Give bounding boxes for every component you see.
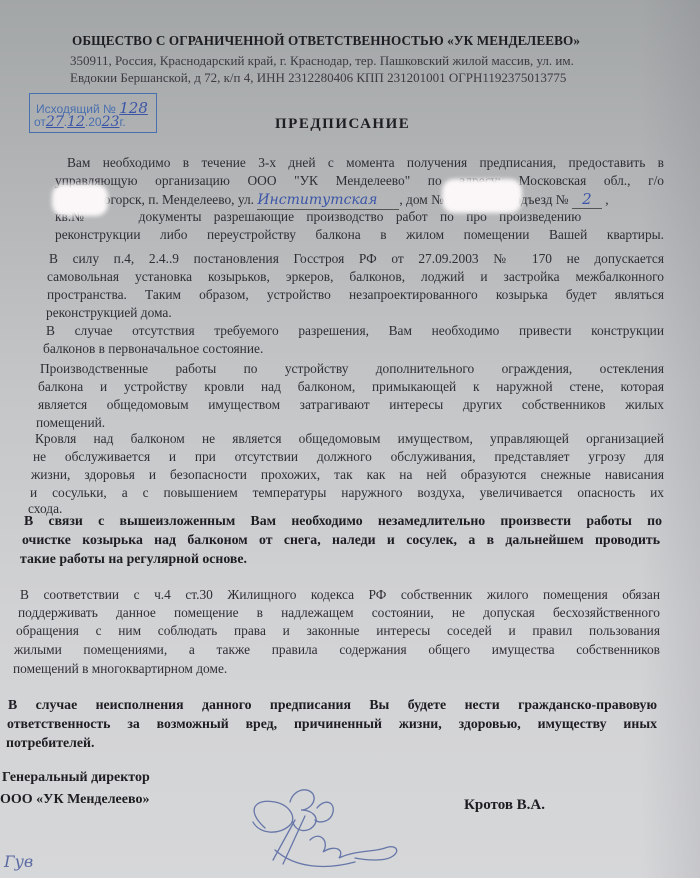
- text-line: реконструкцией дома.: [46, 304, 700, 322]
- signer-position-line1: Генеральный директор: [2, 770, 150, 786]
- text-line: В случае отсутствия требуемого разрешени…: [46, 322, 664, 340]
- text-line: балкона и устройству кровли над балконом…: [38, 378, 664, 396]
- text-line: ответственность за возможный вред, причи…: [7, 715, 657, 733]
- text-line: В соответствии с ч.4 ст.30 Жилищного код…: [20, 586, 660, 604]
- signer-name: Кротов В.А.: [464, 797, 545, 814]
- org-address-line2: Евдокии Бершанской, д 72, к/п 4, ИНН 231…: [70, 70, 566, 86]
- signer-position-line2: ООО «УК Менделеево»: [0, 792, 149, 808]
- outgoing-stamp: Исходящий № 128 от27.12.2023г.: [29, 93, 157, 133]
- outgoing-date-row: от27.12.2023г.: [34, 114, 126, 130]
- org-name: ОБЩЕСТВО С ОГРАНИЧЕННОЙ ОТВЕТСТВЕННОСТЬЮ…: [72, 33, 580, 49]
- text-line: Производственные работы по устройству до…: [40, 360, 664, 378]
- text-line: управляющую организацию ООО "УК Менделее…: [55, 172, 664, 190]
- redacted-area: [442, 179, 522, 213]
- date-prefix: от: [34, 115, 46, 129]
- date-year: 23: [102, 114, 120, 130]
- text-line: жилыми помещениями, а также правила соде…: [14, 641, 660, 659]
- text-line: помещений в многоквартирном доме.: [13, 660, 700, 678]
- text-line: балконов в первоначальное состояние.: [43, 340, 700, 358]
- text-line: В связи с вышеизложенным Вам необходимо …: [24, 512, 662, 530]
- signature-scribble: [235, 780, 415, 875]
- text-line: потребителей.: [6, 734, 700, 752]
- text-line: жизни, здоровья и безопасности прохожих,…: [31, 466, 664, 484]
- text-line: обращения с ним соблюдать права и законн…: [16, 622, 660, 640]
- date-year-end: г.: [119, 115, 125, 129]
- entrance-number-handwritten: 2: [572, 190, 602, 209]
- text-line: не обслуживается и при отсутствии должно…: [33, 448, 664, 466]
- text-line: поддерживать данное помещение в надлежащ…: [18, 604, 660, 622]
- text-line: В случае неисполнения данного предписани…: [8, 696, 657, 714]
- house-number-label: , дом №: [399, 192, 444, 207]
- document-page: ОБЩЕСТВО С ОГРАНИЧЕННОЙ ОТВЕТСТВЕННОСТЬЮ…: [0, 0, 700, 878]
- date-day: 27: [46, 114, 64, 130]
- text-line: является общедомовым имуществом затрагив…: [38, 396, 664, 414]
- text-line: очистке козырька над балконом от снега, …: [22, 531, 660, 549]
- text-line: Кровля над балконом не является общедомо…: [35, 430, 664, 448]
- redacted-area: [52, 184, 108, 216]
- text-line: В силу п.4, 2.4..9 постановления Госстро…: [49, 250, 664, 268]
- date-year-prefix: 20: [88, 115, 101, 129]
- text-line: реконструкции либо переустройству балкон…: [55, 226, 664, 244]
- text-line: пространства. Таким образом, устройство …: [47, 286, 664, 304]
- date-month: 12: [67, 114, 85, 130]
- handwritten-note: Гув: [4, 852, 33, 871]
- document-title: ПРЕДПИСАНИЕ: [275, 116, 410, 133]
- text-line: такие работы на регулярной основе.: [20, 550, 700, 568]
- text-line-address: Солнечногорск, п. Менделеево, ул. Инстит…: [55, 190, 664, 210]
- text-line: Вам необходимо в течение 3-х дней с моме…: [67, 154, 664, 172]
- text-line: самовольная установка козырьков, эркеров…: [47, 268, 664, 286]
- org-address-line1: 350911, Россия, Краснодарский край, г. К…: [70, 53, 574, 69]
- text-line: кв.№ документы разрешающие производство …: [55, 208, 664, 226]
